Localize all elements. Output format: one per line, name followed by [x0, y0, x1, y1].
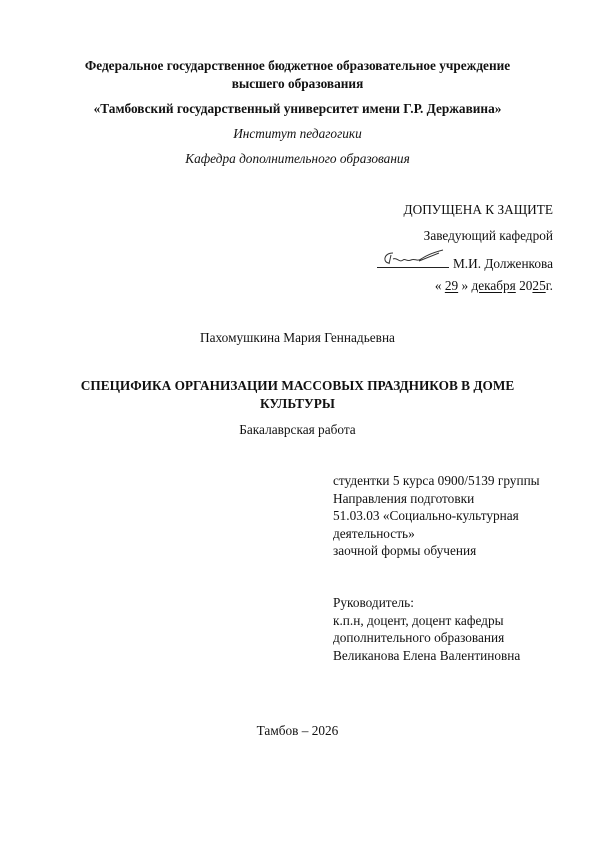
work-title-line-1: СПЕЦИФИКА ОРГАНИЗАЦИИ МАССОВЫХ ПРАЗДНИКО… [0, 378, 595, 394]
work-title-line-2: КУЛЬТУРЫ [0, 396, 595, 412]
author-name: Пахомушкина Мария Геннадьевна [0, 330, 595, 346]
supervisor-line: Великанова Елена Валентиновна [333, 647, 520, 665]
student-info-line: деятельность» [333, 525, 540, 543]
approval-title: ДОПУЩЕНА К ЗАЩИТЕ [404, 202, 553, 218]
student-info-line: Направления подготовки [333, 490, 540, 508]
signature-line [377, 253, 449, 268]
date-year-suffix: 25 [532, 278, 545, 293]
organization-line-2: высшего образования [0, 76, 595, 92]
signature-icon [379, 249, 447, 269]
university-name: «Тамбовский государственный университет … [0, 101, 595, 117]
work-type: Бакалаврская работа [0, 422, 595, 438]
date-close-quote: » [458, 278, 471, 293]
supervisor-info: Руководитель: к.п.н, доцент, доцент кафе… [333, 594, 520, 664]
supervisor-line: Руководитель: [333, 594, 520, 612]
student-info-line: 51.03.03 «Социально-культурная [333, 507, 540, 525]
department-name: Кафедра дополнительного образования [0, 151, 595, 167]
approval-date: « 29 » декабря 2025г. [435, 278, 553, 294]
approval-signature-row: М.И. Долженкова [377, 253, 553, 272]
approval-position: Заведующий кафедрой [424, 228, 553, 244]
date-year-prefix: 20 [519, 278, 532, 293]
student-info: студентки 5 курса 0900/5139 группы Напра… [333, 472, 540, 560]
student-info-line: студентки 5 курса 0900/5139 группы [333, 472, 540, 490]
date-day: 29 [445, 278, 458, 293]
date-month: декабря [471, 278, 515, 293]
head-name: М.И. Долженкова [453, 256, 553, 271]
supervisor-line: к.п.н, доцент, доцент кафедры [333, 612, 520, 630]
organization-line-1: Федеральное государственное бюджетное об… [0, 58, 595, 74]
date-suffix: г. [546, 278, 553, 293]
institute-name: Институт педагогики [0, 126, 595, 142]
student-info-line: заочной формы обучения [333, 542, 540, 560]
city-year: Тамбов – 2026 [0, 723, 595, 739]
date-open-quote: « [435, 278, 445, 293]
supervisor-line: дополнительного образования [333, 629, 520, 647]
